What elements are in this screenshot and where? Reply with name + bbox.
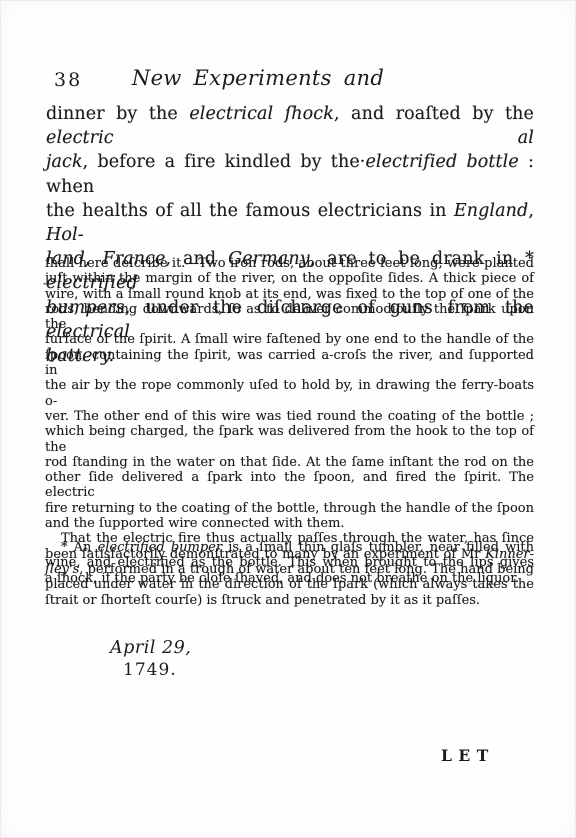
text-line: rod ſtanding in the water on that ſide. …	[45, 455, 534, 470]
text-line: wine, and electrified as the bottle. Thi…	[45, 555, 534, 570]
text-line: * An electrified bumper is a ſmall thin …	[45, 540, 534, 555]
text-line: ſhall here deſcribe it.—Two iron rods, a…	[45, 256, 534, 271]
date-line-1: April 29,	[110, 638, 191, 658]
text-segment: the healths of all the famous electricia…	[46, 201, 454, 221]
catchword: LET	[441, 746, 495, 765]
text-segment: juſt within the margin of the river, on …	[45, 271, 534, 286]
text-segment: , before a fire kindled by the·	[83, 152, 366, 172]
scanned-page: 38 New Experiments and dinner by the ele…	[0, 0, 576, 838]
text-segment: ver. The other end of this wire was tied…	[45, 409, 534, 424]
text-line: other ſide delivered a ſpark into the ſp…	[45, 470, 534, 501]
text-segment: , and roaſted by the	[334, 104, 534, 124]
italic-text-segment: electrified bottle	[365, 152, 518, 172]
text-segment: wine, and electrified as the bottle. Thi…	[45, 555, 534, 570]
text-segment: ,	[528, 201, 534, 221]
text-segment: dinner by the	[46, 104, 189, 124]
italic-text-segment: electrified bumper	[98, 540, 223, 555]
text-segment: ſtrait or ſhorteſt courſe) is ſtruck and…	[45, 593, 480, 608]
text-segment: * An	[61, 540, 98, 555]
italic-text-segment: electrical ſhock	[189, 104, 334, 124]
text-segment: other ſide delivered a ſpark into the ſp…	[45, 470, 534, 500]
text-line: juſt within the margin of the river, on …	[45, 271, 534, 286]
text-line: ſpoon, containing the ſpirit, was carrie…	[45, 348, 534, 379]
text-segment: ſurface of the ſpirit. A ſmall wire faſt…	[45, 332, 534, 347]
running-header: New Experiments and	[0, 66, 516, 90]
text-line: a ſhock, if the party be cloſe ſhaved, a…	[45, 571, 534, 586]
italic-text-segment: Hol-	[46, 225, 84, 245]
text-segment: ſpoon, containing the ſpirit, was carrie…	[45, 348, 534, 378]
text-line: wire, with a ſmall round knob at its end…	[45, 287, 534, 302]
italic-text-segment: England	[454, 201, 528, 221]
date-line-2: 1749.	[123, 660, 177, 680]
text-line: the air by the rope commonly uſed to hol…	[45, 378, 534, 409]
text-segment: fire returning to the coating of the bot…	[45, 501, 534, 516]
text-segment: the air by the rope commonly uſed to hol…	[45, 378, 534, 408]
text-line: the healths of all the famous electricia…	[46, 199, 534, 247]
text-line: rods, bending downwards, ſo as to delive…	[45, 302, 534, 333]
text-segment: ſhall here deſcribe it.—Two iron rods, a…	[45, 256, 534, 271]
italic-text-segment: jack	[46, 152, 83, 172]
text-line: which being charged, the ſpark was deliv…	[45, 424, 534, 455]
text-line: dinner by the electrical ſhock, and roaſ…	[46, 102, 534, 150]
footnote-block: * An electrified bumper is a ſmall thin …	[45, 540, 534, 586]
text-line: ver. The other end of this wire was tied…	[45, 409, 534, 424]
text-segment: a ſhock, if the party be cloſe ſhaved, a…	[45, 571, 519, 586]
text-segment: which being charged, the ſpark was deliv…	[45, 424, 534, 454]
text-line: ſtrait or ſhorteſt courſe) is ſtruck and…	[45, 593, 534, 608]
text-segment: rod ſtanding in the water on that ſide. …	[45, 455, 534, 470]
text-line: ſurface of the ſpirit. A ſmall wire faſt…	[45, 332, 534, 347]
text-line: fire returning to the coating of the bot…	[45, 501, 534, 516]
italic-text-segment: electric al	[46, 128, 534, 148]
text-segment: wire, with a ſmall round knob at its end…	[45, 287, 534, 302]
text-segment: rods, bending downwards, ſo as to delive…	[45, 302, 534, 332]
text-line: and the ſupported wire connected with th…	[45, 516, 534, 531]
text-segment: and the ſupported wire connected with th…	[45, 516, 345, 531]
text-line: jack, before a fire kindled by the·elect…	[46, 150, 534, 198]
text-segment: is a ſmall thin glaſs tumbler, near fill…	[222, 540, 534, 555]
